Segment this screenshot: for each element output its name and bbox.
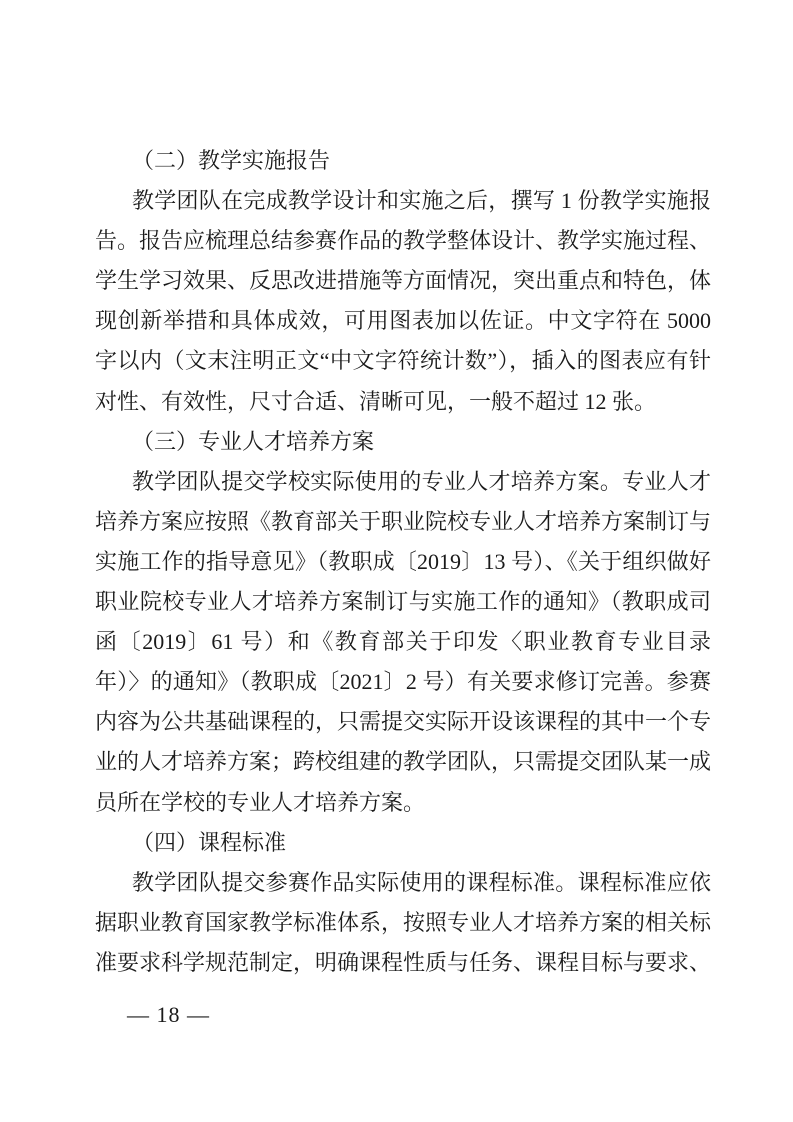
document-body: （二）教学实施报告 教学团队在完成教学设计和实施之后，撰写 1 份教学实施报 告… [95, 141, 711, 983]
paragraph-2-line-9: 员所在学校的专业人才培养方案。 [95, 783, 711, 823]
paragraph-1-line-4: 现创新举措和具体成效，可用图表加以佐证。中文字符在 5000 [95, 301, 711, 341]
paragraph-1-line-6: 对性、有效性，尺寸合适、清晰可见，一般不超过 12 张。 [95, 382, 711, 422]
paragraph-2-line-3: 实施工作的指导意见》（教职成〔2019〕13 号）、《关于组织做好 [95, 542, 711, 582]
paragraph-2-line-7: 内容为公共基础课程的，只需提交实际开设该课程的其中一个专 [95, 702, 711, 742]
paragraph-1-line-5: 字以内（文末注明正文“中文字符统计数”），插入的图表应有针 [95, 341, 711, 381]
paragraph-2-line-6: 年）〉的通知》（教职成〔2021〕2 号）有关要求修订完善。参赛 [95, 662, 711, 702]
paragraph-1-line-3: 学生学习效果、反思改进措施等方面情况，突出重点和特色，体 [95, 261, 711, 301]
paragraph-3-line-3: 准要求科学规范制定，明确课程性质与任务、课程目标与要求、 [95, 943, 711, 983]
paragraph-2-line-8: 业的人才培养方案；跨校组建的教学团队，只需提交团队某一成 [95, 742, 711, 782]
paragraph-2-line-1: 教学团队提交学校实际使用的专业人才培养方案。专业人才 [95, 462, 711, 502]
paragraph-2-line-4: 职业院校专业人才培养方案制订与实施工作的通知》（教职成司 [95, 582, 711, 622]
paragraph-1-line-2: 告。报告应梳理总结参赛作品的教学整体设计、教学实施过程、 [95, 221, 711, 261]
paragraph-3-line-2: 据职业教育国家教学标准体系，按照专业人才培养方案的相关标 [95, 903, 711, 943]
heading-section-4-course-standard: （四）课程标准 [95, 823, 711, 863]
heading-section-2-teaching-implementation-report: （二）教学实施报告 [95, 141, 711, 181]
page-number: — 18 — [127, 1002, 210, 1028]
heading-section-3-talent-training-program: （三）专业人才培养方案 [95, 422, 711, 462]
paragraph-2-line-5: 函〔2019〕61 号）和《教育部关于印发〈职业教育专业目录（2021 [95, 622, 711, 662]
paragraph-2-line-2: 培养方案应按照《教育部关于职业院校专业人才培养方案制订与 [95, 502, 711, 542]
paragraph-1-line-1: 教学团队在完成教学设计和实施之后，撰写 1 份教学实施报 [95, 181, 711, 221]
document-page: （二）教学实施报告 教学团队在完成教学设计和实施之后，撰写 1 份教学实施报 告… [0, 0, 793, 1122]
paragraph-3-line-1: 教学团队提交参赛作品实际使用的课程标准。课程标准应依 [95, 863, 711, 903]
